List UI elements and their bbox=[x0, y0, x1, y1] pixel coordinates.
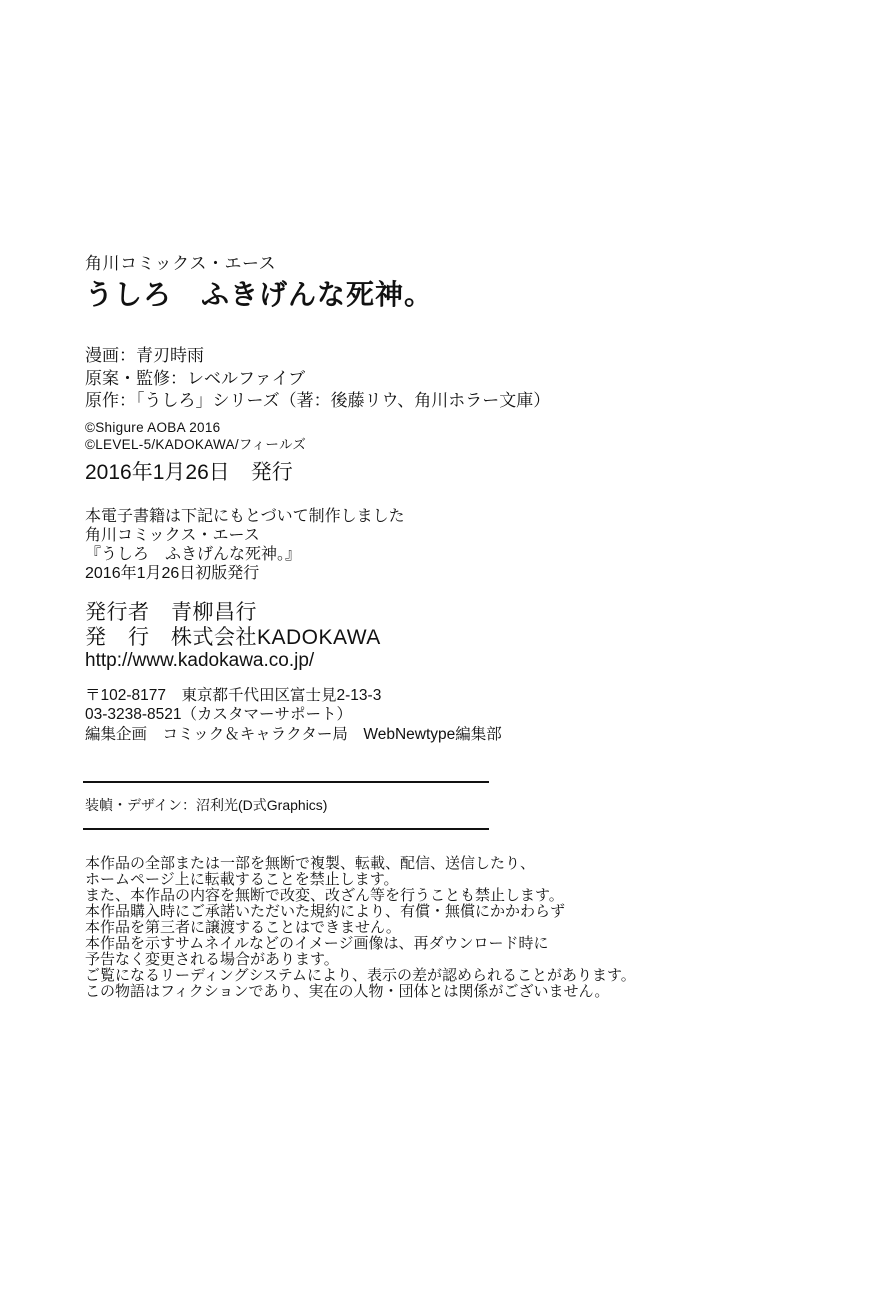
ebook-note-first-edition: 2016年1月26日初版発行 bbox=[85, 564, 785, 583]
copyright-author: ©Shigure AOBA 2016 bbox=[85, 419, 785, 436]
series-label: 角川コミックス・エース bbox=[85, 255, 785, 273]
credit-original-supervision: 原案・監修：レベルファイブ bbox=[85, 368, 785, 391]
publisher-url: http://www.kadokawa.co.jp/ bbox=[85, 650, 785, 671]
contact-phone: 03-3238-8521（カスタマーサポート） bbox=[85, 705, 785, 725]
design-credit: 装幀・デザイン：沼利光(D式Graphics) bbox=[85, 796, 785, 814]
legal-line: ご覧になるリーディングシステムにより、表示の差が認められることがあります。 bbox=[85, 968, 785, 984]
legal-line: また、本作品の内容を無断で改変、改ざん等を行うことも禁止します。 bbox=[85, 888, 785, 904]
legal-line: 本作品を示すサムネイルなどのイメージ画像は、再ダウンロード時に bbox=[85, 936, 785, 952]
legal-line: 予告なく変更される場合があります。 bbox=[85, 952, 785, 968]
credit-original-series: 原作：「うしろ」シリーズ（著：後藤リウ、角川ホラー文庫） bbox=[85, 390, 785, 413]
legal-line: 本作品の全部または一部を無断で複製、転載、配信、送信したり、 bbox=[85, 856, 785, 872]
publisher-person: 発行者 青柳昌行 bbox=[85, 600, 785, 625]
legal-notice-block: 本作品の全部または一部を無断で複製、転載、配信、送信したり、 ホームページ上に転… bbox=[85, 856, 785, 1000]
ebook-note-intro: 本電子書籍は下記にもとづいて制作しました bbox=[85, 507, 785, 526]
legal-line: 本作品購入時にご承諾いただいた規約により、有償・無償にかかわらず bbox=[85, 904, 785, 920]
ebook-source-block: 本電子書籍は下記にもとづいて制作しました 角川コミックス・エース 『うしろ ふき… bbox=[85, 507, 785, 583]
legal-line: この物語はフィクションであり、実在の人物・団体とは関係がございません。 bbox=[85, 984, 785, 1000]
contact-block: 〒102-8177 東京都千代田区富士見2-13-3 03-3238-8521（… bbox=[85, 686, 785, 745]
copyright-block: ©Shigure AOBA 2016 ©LEVEL-5/KADOKAWA/フィー… bbox=[85, 419, 785, 453]
divider-bottom bbox=[83, 828, 489, 830]
issue-date: 2016年1月26日 発行 bbox=[85, 461, 785, 484]
publisher-block: 発行者 青柳昌行 発 行 株式会社KADOKAWA http://www.kad… bbox=[85, 600, 785, 671]
ebook-note-imprint: 角川コミックス・エース bbox=[85, 526, 785, 545]
credits-block: 漫画：青刃時雨 原案・監修：レベルファイブ 原作：「うしろ」シリーズ（著：後藤リ… bbox=[85, 345, 785, 413]
legal-line: 本作品を第三者に譲渡することはできません。 bbox=[85, 920, 785, 936]
copyright-companies: ©LEVEL-5/KADOKAWA/フィールズ bbox=[85, 436, 785, 453]
book-title: うしろ ふきげんな死神。 bbox=[85, 279, 785, 311]
publisher-company: 発 行 株式会社KADOKAWA bbox=[85, 625, 785, 650]
colophon-page: 角川コミックス・エース うしろ ふきげんな死神。 漫画：青刃時雨 原案・監修：レ… bbox=[85, 0, 785, 1000]
contact-editorial: 編集企画 コミック＆キャラクター局 WebNewtype編集部 bbox=[85, 725, 785, 745]
ebook-note-title: 『うしろ ふきげんな死神。』 bbox=[85, 545, 785, 564]
legal-line: ホームページ上に転載することを禁止します。 bbox=[85, 872, 785, 888]
contact-address: 〒102-8177 東京都千代田区富士見2-13-3 bbox=[85, 686, 785, 706]
divider-top bbox=[83, 781, 489, 783]
credit-manga-artist: 漫画：青刃時雨 bbox=[85, 345, 785, 368]
